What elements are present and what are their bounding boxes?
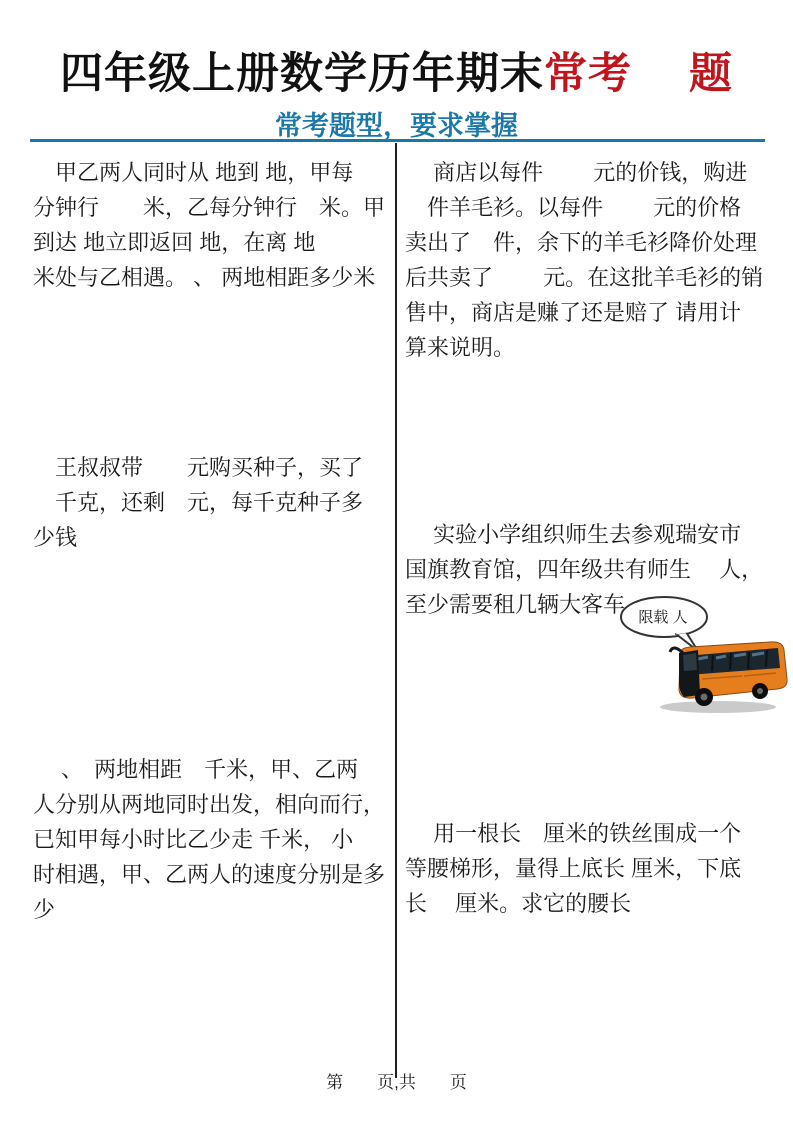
problem-sweater-sales: 商店以每件 元的价钱，购进 件羊毛衫。以每件 元的价格 卖出了 件，余下的羊毛衫… <box>405 155 777 365</box>
worksheet-page: 四年级上册数学历年期末常考 题 常考题型，要求掌握 甲乙两人同时从 地到 地，甲… <box>0 0 793 1122</box>
bus-image <box>650 632 792 716</box>
page-title: 四年级上册数学历年期末常考 题 <box>0 40 793 101</box>
problem-bus-rental: 实验小学组织师生去参观瑞安市 国旗教育馆，四年级共有师生 人， 至少需要租几辆大… <box>405 517 777 622</box>
bus-capacity-label: 限载 人 <box>618 606 708 627</box>
subtitle-underline <box>30 139 765 142</box>
problem-trapezoid-wire: 用一根长 厘米的铁丝围成一个 等腰梯形，量得上底长 厘米，下底 长 厘米。求它的… <box>405 816 777 921</box>
problem-travel-meeting: 甲乙两人同时从 地到 地，甲每 分钟行 米，乙每分钟行 米。甲 到达 地立即返回… <box>33 155 393 295</box>
problem-seeds-purchase: 王叔叔带 元购买种子，买了 千克，还剩 元，每千克种子多 少钱 <box>33 450 393 555</box>
problem-two-places-speed: 、 两地相距 千米，甲、乙两 人分别从两地同时出发，相向而行， 已知甲每小时比乙… <box>33 752 393 927</box>
title-black-text: 四年级上册数学历年期末 <box>60 50 544 98</box>
title-red-text: 常考 题 <box>544 50 733 98</box>
column-divider <box>395 143 397 1078</box>
page-number-footer: 第 页,共 页 <box>0 1068 793 1093</box>
subtitle: 常考题型，要求掌握 <box>0 104 793 143</box>
